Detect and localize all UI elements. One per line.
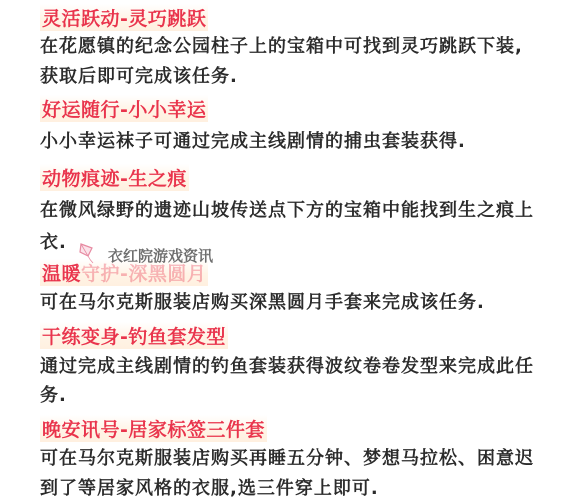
watermark-text: 衣红院游戏资讯 [108,245,213,266]
watermark: 衣红院游戏资讯 [78,242,213,268]
heading-part: 温暖 [42,263,81,285]
section-text: 务. [40,381,67,411]
section-text: 可在马尔克斯服装店购买再睡五分钟、梦想马拉松、困意迟 [40,444,534,474]
section-heading: 干练变身-钓鱼套发型 [40,322,228,349]
section-heading: 晚安讯号-居家标签三件套 [40,415,267,442]
kite-icon [78,242,96,268]
section-text: 获取后即可完成该任务. [40,62,238,92]
section-text: 衣. [40,228,67,258]
section-text: 在微风绿野的遗迹山坡传送点下方的宝箱中能找到生之痕上 [40,196,534,226]
section-text: 通过完成主线剧情的钓鱼套装获得波纹卷卷发型来完成此任 [40,352,534,382]
section-text: 可在马尔克斯服装店购买深黑圆月手套来完成该任务. [40,288,485,318]
section-text: 小小幸运袜子可通过完成主线剧情的捕虫套装获得. [40,127,466,157]
section-text: 在花愿镇的纪念公园柱子上的宝箱中可找到灵巧跳跃下装, [40,32,523,62]
section-heading: 动物痕迹-生之痕 [40,164,189,191]
section-text: 到了等居家风格的衣服,选三件穿上即可. [40,474,379,500]
section-heading: 好运随行-小小幸运 [40,95,208,122]
section-heading: 灵活跃动-灵巧跳跃 [40,4,208,31]
